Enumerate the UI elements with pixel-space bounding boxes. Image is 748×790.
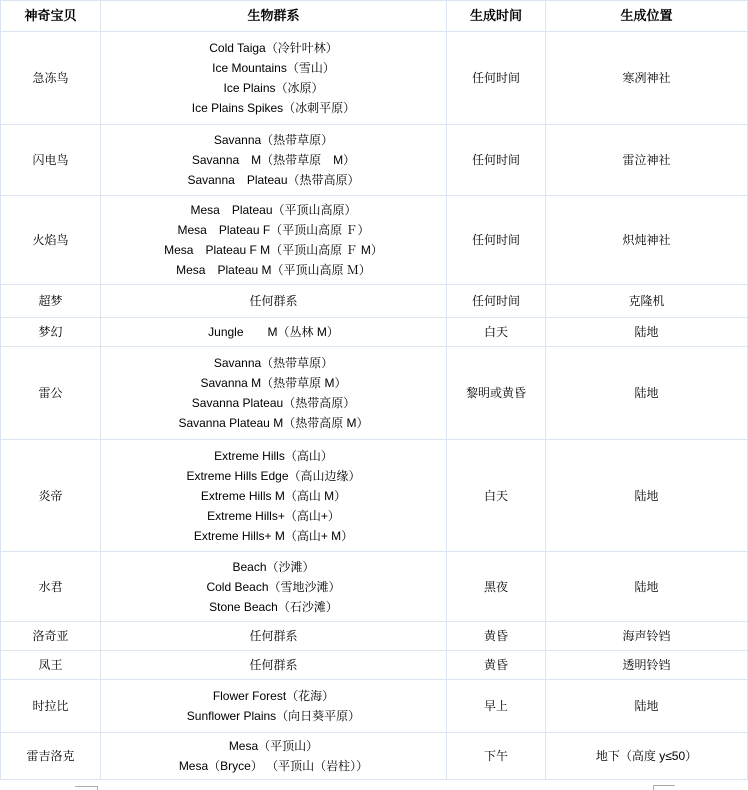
biome-line: Savanna Plateau（热带高原）: [101, 393, 446, 413]
biome-line: Cold Beach（雪地沙滩）: [101, 577, 446, 597]
spawn-location-cell: 寒冽神社: [546, 32, 748, 125]
spawn-time-cell: 黑夜: [447, 552, 546, 622]
pokemon-name-cell: 炎帝: [1, 440, 101, 552]
table-row: 水君Beach（沙滩）Cold Beach（雪地沙滩）Stone Beach（石…: [1, 552, 748, 622]
table-row: 凤王任何群系黄昏透明铃铛: [1, 651, 748, 680]
spawn-location-cell: 雷泣神社: [546, 125, 748, 196]
biome-line: Savanna M（热带草原 M）: [101, 373, 446, 393]
biome-line: Mesa（平顶山）: [101, 736, 446, 756]
pokemon-name-cell: 洛奇亚: [1, 622, 101, 651]
biome-cell: Extreme Hills（高山）Extreme Hills Edge（高山边缘…: [101, 440, 447, 552]
header-spawn-time: 生成时间: [447, 1, 546, 32]
header-row: 神奇宝贝 生物群系 生成时间 生成位置: [1, 1, 748, 32]
biome-line: Cold Taiga（冷针叶林）: [101, 38, 446, 58]
header-biome: 生物群系: [101, 1, 447, 32]
table-row: 时拉比Flower Forest（花海）Sunflower Plains（向日葵…: [1, 680, 748, 733]
pokemon-name-cell: 火焰鸟: [1, 196, 101, 285]
spawn-time-cell: 白天: [447, 318, 546, 347]
biome-line: Extreme Hills+（高山+）: [101, 506, 446, 526]
biome-cell: 任何群系: [101, 285, 447, 318]
biome-line: Savanna Plateau M（热带高原 M）: [101, 413, 446, 433]
biome-cell: Beach（沙滩）Cold Beach（雪地沙滩）Stone Beach（石沙滩…: [101, 552, 447, 622]
pokemon-name-cell: 超梦: [1, 285, 101, 318]
biome-cell: Cold Taiga（冷针叶林）Ice Mountains（雪山）Ice Pla…: [101, 32, 447, 125]
biome-line: 任何群系: [101, 626, 446, 646]
biome-line: Flower Forest（花海）: [101, 686, 446, 706]
biome-line: Extreme Hills（高山）: [101, 446, 446, 466]
pokemon-name-cell: 雷公: [1, 347, 101, 440]
biome-line: Beach（沙滩）: [101, 557, 446, 577]
spawn-location-cell: 陆地: [546, 318, 748, 347]
biome-cell: Flower Forest（花海）Sunflower Plains（向日葵平原）: [101, 680, 447, 733]
biome-line: Savanna（热带草原）: [101, 353, 446, 373]
biome-line: Savanna M（热带草原 M）: [101, 150, 446, 170]
pokemon-name-cell: 凤王: [1, 651, 101, 680]
spawn-location-cell: 海声铃铛: [546, 622, 748, 651]
spawn-time-cell: 任何时间: [447, 285, 546, 318]
pokemon-name-cell: 急冻鸟: [1, 32, 101, 125]
biome-cell: Mesa Plateau（平顶山高原）Mesa Plateau F（平顶山高原 …: [101, 196, 447, 285]
biome-cell: Mesa（平顶山）Mesa（Bryce） （平顶山（岩柱））: [101, 733, 447, 780]
biome-line: Ice Plains（冰原）: [101, 78, 446, 98]
table-row: 雷吉洛克Mesa（平顶山）Mesa（Bryce） （平顶山（岩柱））下午地下（高…: [1, 733, 748, 780]
spawn-time-cell: 黎明或黄昏: [447, 347, 546, 440]
table-row: 炎帝Extreme Hills（高山）Extreme Hills Edge（高山…: [1, 440, 748, 552]
clipped-next-row-fragment-right: [653, 785, 675, 790]
biome-cell: Savanna（热带草原）Savanna M（热带草原 M）Savanna Pl…: [101, 125, 447, 196]
spawn-location-cell: 地下（高度 y≤50）: [546, 733, 748, 780]
biome-cell: Savanna（热带草原）Savanna M（热带草原 M）Savanna Pl…: [101, 347, 447, 440]
biome-line: Extreme Hills Edge（高山边缘）: [101, 466, 446, 486]
document-page: { "colors": { "table_border": "#dbe5f1",…: [0, 0, 748, 790]
biome-line: Ice Plains Spikes（冰刺平原）: [101, 98, 446, 118]
header-pokemon: 神奇宝贝: [1, 1, 101, 32]
spawn-time-cell: 下午: [447, 733, 546, 780]
header-spawn-location: 生成位置: [546, 1, 748, 32]
biome-line: Mesa Plateau F M（平顶山高原 Ｆ M）: [101, 240, 446, 260]
table-row: 超梦任何群系任何时间克隆机: [1, 285, 748, 318]
table-row: 洛奇亚任何群系黄昏海声铃铛: [1, 622, 748, 651]
spawn-time-cell: 任何时间: [447, 196, 546, 285]
spawn-time-cell: 任何时间: [447, 32, 546, 125]
biome-line: Sunflower Plains（向日葵平原）: [101, 706, 446, 726]
spawn-time-cell: 白天: [447, 440, 546, 552]
pokemon-name-cell: 时拉比: [1, 680, 101, 733]
biome-line: Mesa Plateau（平顶山高原）: [101, 200, 446, 220]
biome-cell: Jungle M（丛林 M）: [101, 318, 447, 347]
biome-line: Extreme Hills M（高山 M）: [101, 486, 446, 506]
spawn-time-cell: 早上: [447, 680, 546, 733]
spawn-time-cell: 黄昏: [447, 622, 546, 651]
spawn-time-cell: 黄昏: [447, 651, 546, 680]
table-body: 急冻鸟Cold Taiga（冷针叶林）Ice Mountains（雪山）Ice …: [1, 32, 748, 780]
biome-line: Mesa Plateau M（平顶山高原 Ｍ）: [101, 260, 446, 280]
spawn-location-cell: 陆地: [546, 347, 748, 440]
biome-line: 任何群系: [101, 291, 446, 311]
biome-line: Extreme Hills+ M（高山+ M）: [101, 526, 446, 546]
pokemon-name-cell: 梦幻: [1, 318, 101, 347]
pokemon-name-cell: 水君: [1, 552, 101, 622]
table-row: 闪电鸟Savanna（热带草原）Savanna M（热带草原 M）Savanna…: [1, 125, 748, 196]
biome-line: 任何群系: [101, 655, 446, 675]
spawn-location-cell: 克隆机: [546, 285, 748, 318]
spawn-location-cell: 炽炖神社: [546, 196, 748, 285]
table-row: 火焰鸟Mesa Plateau（平顶山高原）Mesa Plateau F（平顶山…: [1, 196, 748, 285]
spawn-location-cell: 陆地: [546, 680, 748, 733]
biome-line: Mesa（Bryce） （平顶山（岩柱））: [101, 756, 446, 776]
biome-line: Savanna（热带草原）: [101, 130, 446, 150]
spawn-location-cell: 陆地: [546, 440, 748, 552]
spawn-location-cell: 陆地: [546, 552, 748, 622]
biome-line: Jungle M（丛林 M）: [101, 322, 446, 342]
biome-line: Stone Beach（石沙滩）: [101, 597, 446, 617]
biome-cell: 任何群系: [101, 622, 447, 651]
spawn-location-cell: 透明铃铛: [546, 651, 748, 680]
table-row: 雷公Savanna（热带草原）Savanna M（热带草原 M）Savanna …: [1, 347, 748, 440]
table-row: 急冻鸟Cold Taiga（冷针叶林）Ice Mountains（雪山）Ice …: [1, 32, 748, 125]
clipped-next-row-fragment-left: [75, 786, 98, 790]
biome-line: Savanna Plateau（热带高原）: [101, 170, 446, 190]
table-row: 梦幻Jungle M（丛林 M）白天陆地: [1, 318, 748, 347]
pokemon-name-cell: 闪电鸟: [1, 125, 101, 196]
pokemon-name-cell: 雷吉洛克: [1, 733, 101, 780]
biome-line: Mesa Plateau F（平顶山高原 Ｆ）: [101, 220, 446, 240]
biome-cell: 任何群系: [101, 651, 447, 680]
biome-line: Ice Mountains（雪山）: [101, 58, 446, 78]
pokemon-spawn-table: 神奇宝贝 生物群系 生成时间 生成位置 急冻鸟Cold Taiga（冷针叶林）I…: [0, 0, 748, 780]
spawn-time-cell: 任何时间: [447, 125, 546, 196]
